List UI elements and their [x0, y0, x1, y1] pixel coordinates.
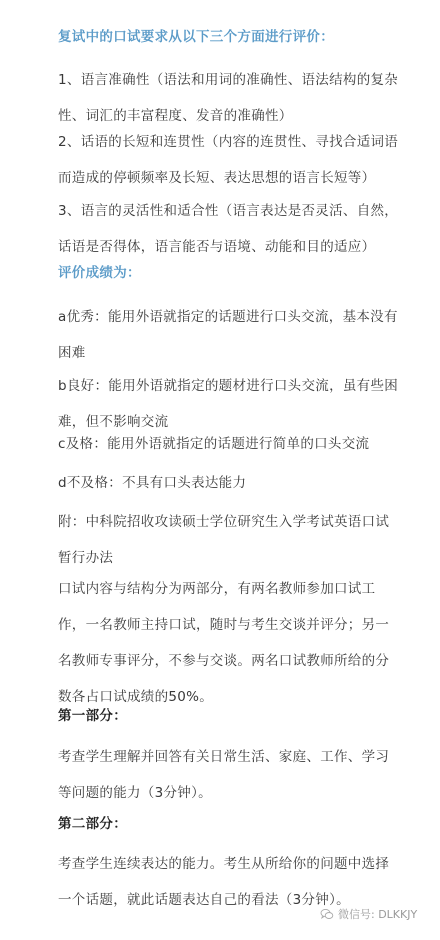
part-1-heading: 第一部分： — [58, 698, 388, 734]
criterion-2-line-2: 而造成的停顿频率及长短、表达思想的语言长短等） — [58, 160, 388, 196]
title-text: 复试中的口试要求从以下三个方面进行评价： — [58, 19, 388, 55]
grade-a-line-2: 困难 — [58, 335, 388, 371]
criterion-2-line-1: 2、话语的长短和连贯性（内容的连贯性、寻找合适词语 — [58, 124, 388, 160]
part-1-heading-text: 第一部分： — [58, 698, 388, 734]
grade-a-line-1: a优秀：能用外语就指定的话题进行口头交流，基本没有 — [58, 299, 388, 335]
part-2-heading: 第二部分： — [58, 806, 388, 842]
grades-heading: 评价成绩为： — [58, 255, 388, 291]
grade-a: a优秀：能用外语就指定的话题进行口头交流，基本没有 困难 — [58, 299, 388, 371]
part-2-line-1: 考查学生连续表达的能力。考生从所给你的问题中选择 — [58, 846, 388, 882]
structure-line-1: 口试内容与结构分为两部分，有两名教师参加口试工 — [58, 571, 388, 607]
criterion-1-line-1: 1、语言准确性（语法和用词的准确性、语法结构的复杂 — [58, 62, 388, 98]
grade-b-line-1: b良好：能用外语就指定的题材进行口头交流，虽有些困 — [58, 368, 388, 404]
watermark-text: 微信号: DLKKJY — [338, 906, 417, 922]
grade-c-line-1: c及格：能用外语就指定的话题进行简单的口头交流 — [58, 426, 388, 462]
grades-heading-text: 评价成绩为： — [58, 255, 388, 291]
document-title: 复试中的口试要求从以下三个方面进行评价： — [58, 19, 388, 55]
part-2-heading-text: 第二部分： — [58, 806, 388, 842]
criterion-2: 2、话语的长短和连贯性（内容的连贯性、寻找合适词语 而造成的停顿频率及长短、表达… — [58, 124, 388, 196]
part-1-line-1: 考查学生理解并回答有关日常生活、家庭、工作、学习 — [58, 739, 388, 775]
part-1-description: 考查学生理解并回答有关日常生活、家庭、工作、学习 等问题的能力（3分钟）。 — [58, 739, 388, 811]
wechat-icon — [320, 908, 334, 920]
appendix-line-1: 附：中科院招收攻读硕士学位研究生入学考试英语口试 — [58, 504, 388, 540]
grade-d-line-1: d不及格：不具有口头表达能力 — [58, 465, 388, 501]
appendix-note: 附：中科院招收攻读硕士学位研究生入学考试英语口试 暂行办法 — [58, 504, 388, 576]
structure-line-3: 名教师专事评分，不参与交谈。两名口试教师所给的分 — [58, 643, 388, 679]
criterion-3-line-1: 3、语言的灵活性和适合性（语言表达是否灵活、自然， — [58, 193, 388, 229]
structure-line-2: 作，一名教师主持口试，随时与考生交谈并评分；另一 — [58, 607, 388, 643]
grade-c: c及格：能用外语就指定的话题进行简单的口头交流 — [58, 426, 388, 462]
grade-d: d不及格：不具有口头表达能力 — [58, 465, 388, 501]
structure-paragraph: 口试内容与结构分为两部分，有两名教师参加口试工 作，一名教师主持口试，随时与考生… — [58, 571, 388, 715]
wechat-watermark: 微信号: DLKKJY — [320, 906, 417, 922]
